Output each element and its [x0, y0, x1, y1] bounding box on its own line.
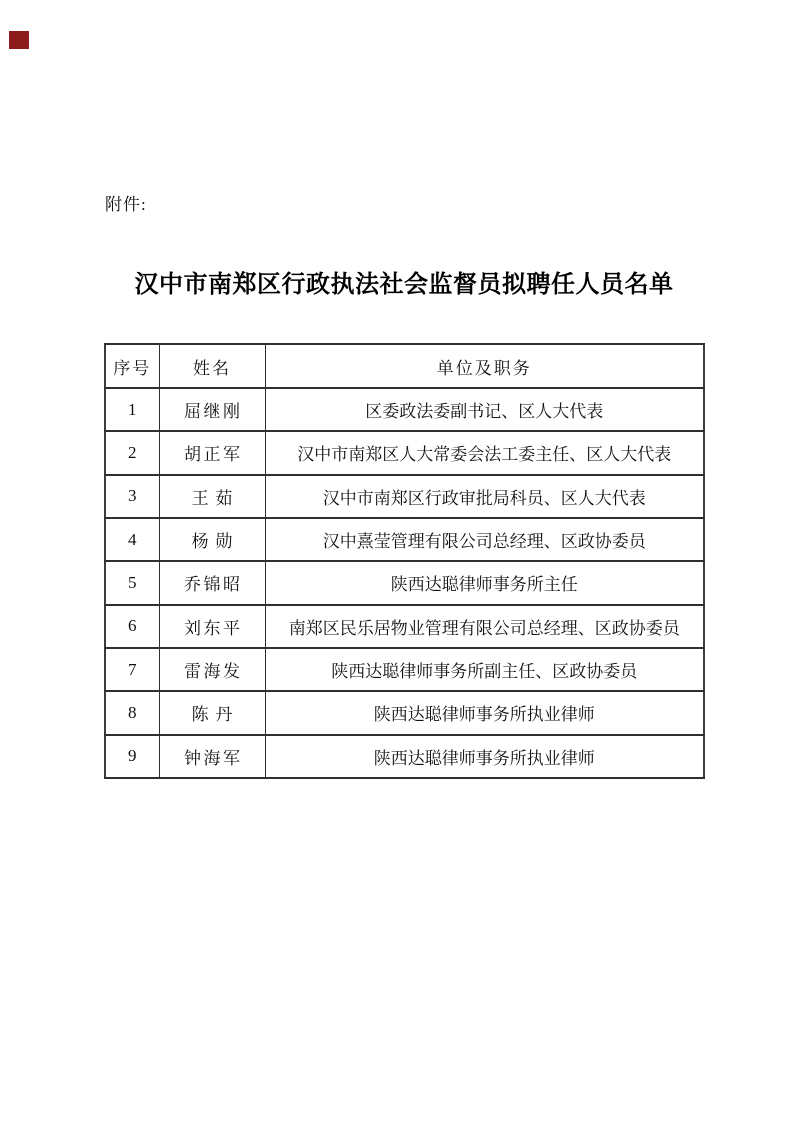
table-row: 9钟海军陕西达聪律师事务所执业律师 [105, 735, 704, 778]
cell-no: 8 [105, 691, 159, 734]
cell-no: 1 [105, 388, 159, 431]
cell-name: 陈丹 [159, 691, 265, 734]
document-page: 附件: 汉中市南郑区行政执法社会监督员拟聘任人员名单 序号 姓名 单位及职务 1… [0, 0, 792, 1121]
cell-position: 区委政法委副书记、区人大代表 [265, 388, 704, 431]
cell-name: 杨勋 [159, 518, 265, 561]
cell-name: 屈继刚 [159, 388, 265, 431]
cell-position: 汉中市南郑区行政审批局科员、区人大代表 [265, 475, 704, 518]
cell-name: 刘东平 [159, 605, 265, 648]
cell-name: 胡正军 [159, 431, 265, 474]
table-row: 3王茹汉中市南郑区行政审批局科员、区人大代表 [105, 475, 704, 518]
table-row: 1屈继刚区委政法委副书记、区人大代表 [105, 388, 704, 431]
cell-name: 钟海军 [159, 735, 265, 778]
column-header-name: 姓名 [159, 344, 265, 388]
page-title: 汉中市南郑区行政执法社会监督员拟聘任人员名单 [104, 264, 704, 299]
column-header-position: 单位及职务 [265, 344, 704, 388]
cell-no: 3 [105, 475, 159, 518]
cell-position: 陕西达聪律师事务所副主任、区政协委员 [265, 648, 704, 691]
cell-position: 南郑区民乐居物业管理有限公司总经理、区政协委员 [265, 605, 704, 648]
cell-position: 陕西达聪律师事务所执业律师 [265, 735, 704, 778]
table-row: 7雷海发陕西达聪律师事务所副主任、区政协委员 [105, 648, 704, 691]
roster-table-header: 序号 姓名 单位及职务 [105, 344, 704, 388]
column-header-no: 序号 [105, 344, 159, 388]
roster-table: 序号 姓名 单位及职务 1屈继刚区委政法委副书记、区人大代表2胡正军汉中市南郑区… [104, 343, 705, 779]
cell-no: 5 [105, 561, 159, 604]
table-row: 6刘东平南郑区民乐居物业管理有限公司总经理、区政协委员 [105, 605, 704, 648]
cell-name: 雷海发 [159, 648, 265, 691]
cell-position: 汉中市南郑区人大常委会法工委主任、区人大代表 [265, 431, 704, 474]
attachment-label: 附件: [105, 190, 147, 215]
cell-no: 7 [105, 648, 159, 691]
table-row: 8陈丹陕西达聪律师事务所执业律师 [105, 691, 704, 734]
table-row: 2胡正军汉中市南郑区人大常委会法工委主任、区人大代表 [105, 431, 704, 474]
cell-no: 9 [105, 735, 159, 778]
cell-name: 王茹 [159, 475, 265, 518]
cell-no: 6 [105, 605, 159, 648]
cell-position: 陕西达聪律师事务所执业律师 [265, 691, 704, 734]
cell-no: 4 [105, 518, 159, 561]
cell-position: 汉中熹莹管理有限公司总经理、区政协委员 [265, 518, 704, 561]
table-row: 4杨勋汉中熹莹管理有限公司总经理、区政协委员 [105, 518, 704, 561]
cell-position: 陕西达聪律师事务所主任 [265, 561, 704, 604]
header-row: 序号 姓名 单位及职务 [105, 344, 704, 388]
cell-no: 2 [105, 431, 159, 474]
red-stamp-marker [9, 31, 29, 49]
table-row: 5乔锦昭陕西达聪律师事务所主任 [105, 561, 704, 604]
roster-table-body: 1屈继刚区委政法委副书记、区人大代表2胡正军汉中市南郑区人大常委会法工委主任、区… [105, 388, 704, 778]
cell-name: 乔锦昭 [159, 561, 265, 604]
